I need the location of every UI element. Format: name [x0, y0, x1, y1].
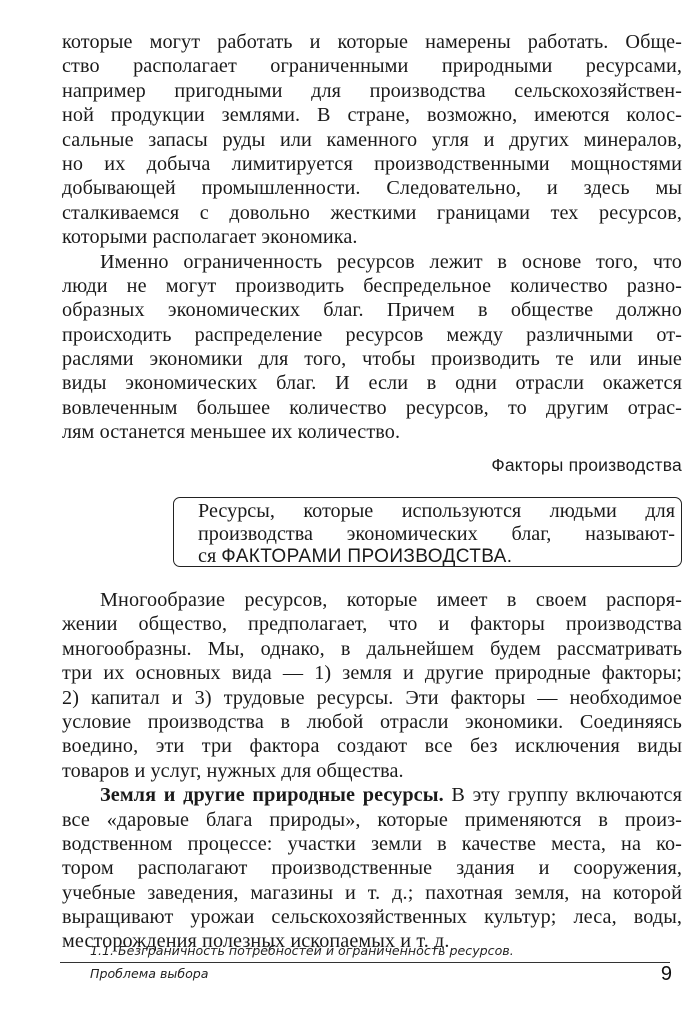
text-line: жении общество, предполагает, что и факт…	[62, 612, 682, 636]
text-line: выращивают урожаи сельскохозяйственных к…	[62, 905, 682, 929]
running-title-continued: Проблема выбора	[90, 966, 209, 981]
paragraph-2: Именно ограниченность ресурсов лежит в о…	[62, 250, 682, 445]
page-number: 9	[661, 963, 672, 986]
text-line: но их добыча лимитируется производственн…	[62, 152, 682, 176]
text-line: учебные заведения, магазины и т. д.; пах…	[62, 881, 682, 905]
text-line: происходить распределение ресурсов между…	[62, 323, 682, 347]
text-line: Земля и другие природные ресурсы. В эту …	[62, 783, 682, 807]
text-line: виды экономических благ. И если в одни о…	[62, 371, 682, 395]
text-line: которые могут работать и которые намерен…	[62, 30, 682, 54]
definition-box: Ресурсы, которые используются людьми для…	[173, 497, 682, 567]
text-line: условие производства в любой отрасли эко…	[62, 710, 682, 734]
text-line: многообразны. Мы, однако, в дальнейшем б…	[62, 637, 682, 661]
text-run: В эту группу включаются	[444, 784, 682, 806]
text-line: Именно ограниченность ресурсов лежит в о…	[62, 250, 682, 274]
text-line: люди не могут производить беспредельное …	[62, 274, 682, 298]
defined-term: ФАКТОРАМИ ПРОИЗВОДСТВА.	[221, 546, 512, 567]
definition-line: производства экономических благ, называю…	[198, 523, 675, 546]
running-title: 1.1. Безграничность потребностей и огран…	[90, 943, 514, 958]
page-body-lower: Многообразие ресурсов, которые имеет в с…	[62, 588, 682, 954]
text-line: все «даровые блага природы», которые при…	[62, 808, 682, 832]
text-line: сальные запасы руды или каменного угля и…	[62, 128, 682, 152]
text-line: добывающей промышленности. Следовательно…	[62, 176, 682, 200]
paragraph-3: Многообразие ресурсов, которые имеет в с…	[62, 588, 682, 783]
paragraph-1: которые могут работать и которые намерен…	[62, 30, 682, 250]
text-line: вовлеченным большее количество ресурсов,…	[62, 396, 682, 420]
page-body: которые могут работать и которые намерен…	[62, 30, 682, 445]
definition-line: Ресурсы, которые используются людьми для	[198, 500, 675, 523]
text-line: которыми располагает экономика.	[62, 225, 682, 249]
text-line: тором располагают производственные здани…	[62, 856, 682, 880]
text-line: водственном процессе: участки земли в ка…	[62, 832, 682, 856]
text-line: три их основных вида — 1) земля и другие…	[62, 661, 682, 685]
bold-subheading: Земля и другие природные ресурсы.	[100, 784, 444, 806]
text-line: воедино, эти три фактора создают все без…	[62, 734, 682, 758]
text-line: 2) капитал и 3) трудовые ресурсы. Эти фа…	[62, 686, 682, 710]
paragraph-4: Земля и другие природные ресурсы. В эту …	[62, 783, 682, 954]
text-line: ство располагает ограниченными природным…	[62, 54, 682, 78]
text-line: раслями экономики для того, чтобы произв…	[62, 347, 682, 371]
text-line: образных экономических благ. Причем в об…	[62, 298, 682, 322]
text-line: ной продукции землями. В стране, возможн…	[62, 103, 682, 127]
text-line: Многообразие ресурсов, которые имеет в с…	[62, 588, 682, 612]
text-line: сталкиваемся с довольно жесткими граница…	[62, 201, 682, 225]
text-line: например пригодными для производства сел…	[62, 79, 682, 103]
definition-line: ся ФАКТОРАМИ ПРОИЗВОДСТВА.	[198, 545, 675, 568]
definition-prefix: ся	[198, 545, 221, 567]
text-line: лям останется меньшее их количество.	[62, 420, 682, 444]
section-heading: Факторы производства	[491, 455, 682, 476]
text-line: товаров и услуг, нужных для общества.	[62, 759, 682, 783]
footer-divider	[60, 962, 670, 963]
